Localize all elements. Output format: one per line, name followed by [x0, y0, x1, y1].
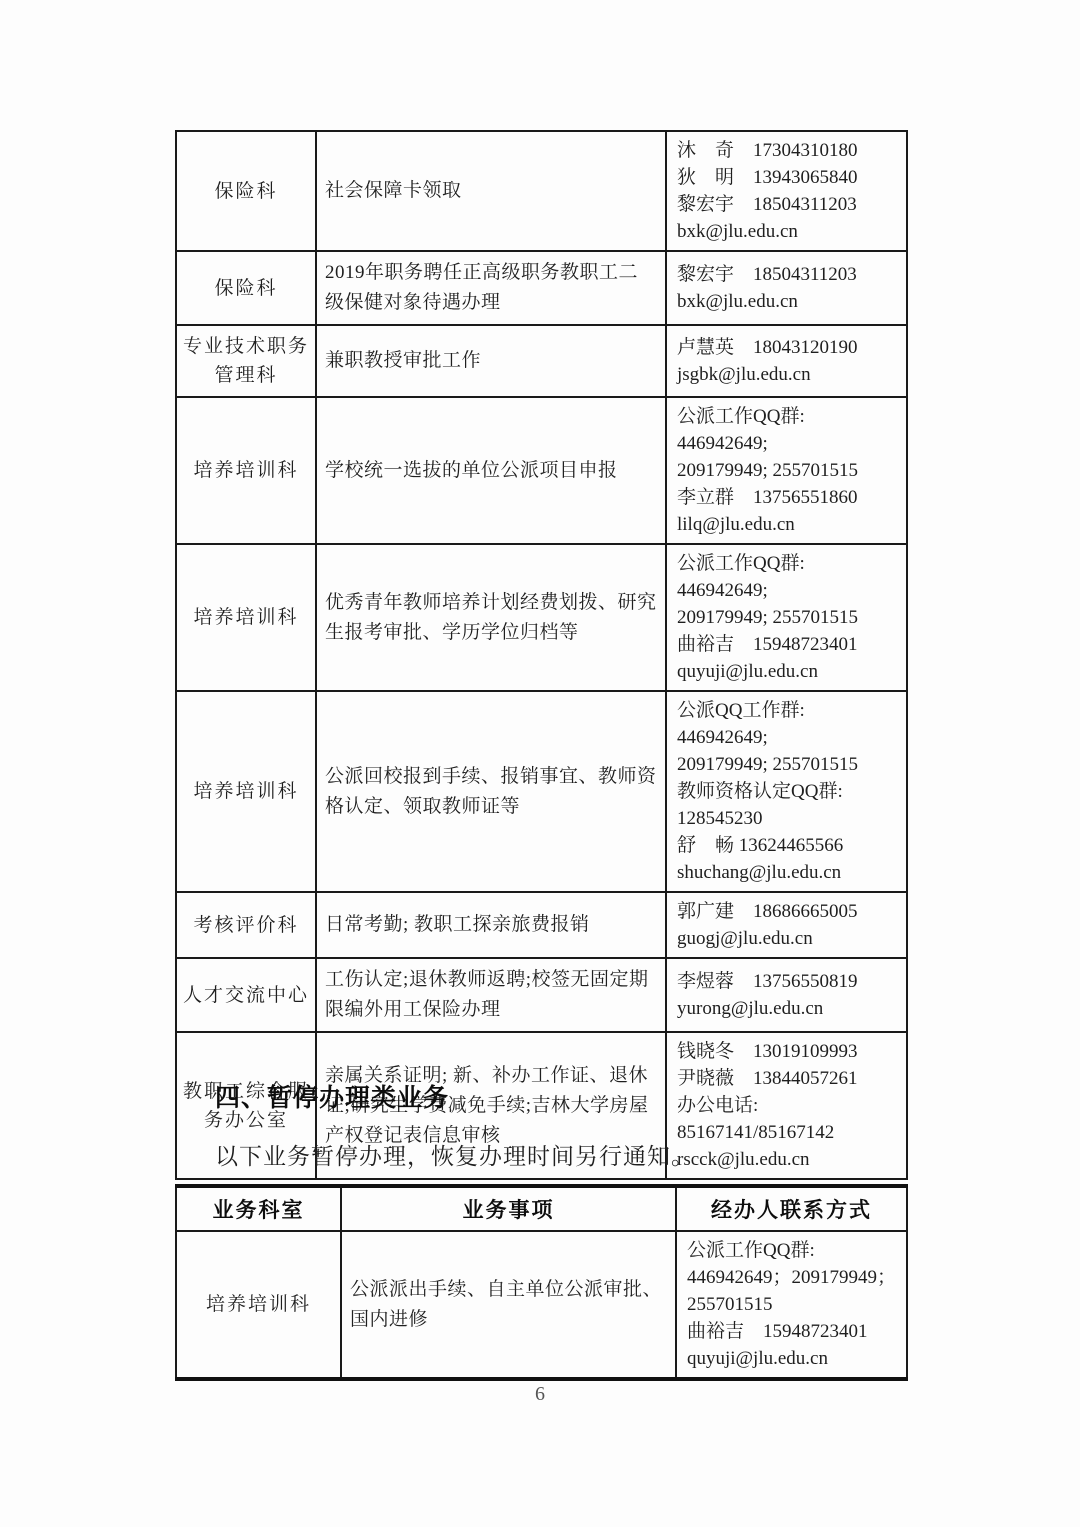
- contact-cell: 公派工作QQ群: 446942649; 209179949; 255701515…: [666, 544, 907, 691]
- business-cell: 优秀青年教师培养计划经费划拨、研究生报考审批、学历学位归档等: [316, 544, 666, 691]
- contact-cell: 沐 奇 17304310180 狄 明 13943065840 黎宏宇 1850…: [666, 131, 907, 251]
- dept-cell: 人才交流中心: [176, 958, 316, 1032]
- business-cell: 2019年职务聘任正高级职务教职工二级保健对象待遇办理: [316, 251, 666, 325]
- business-contacts-table: 保险科 社会保障卡领取 沐 奇 17304310180 狄 明 13943065…: [175, 130, 908, 1180]
- contact-cell: 公派QQ工作群: 446942649; 209179949; 255701515…: [666, 691, 907, 892]
- business-cell: 公派回校报到手续、报销事宜、教师资格认定、领取教师证等: [316, 691, 666, 892]
- table-row: 保险科 2019年职务聘任正高级职务教职工二级保健对象待遇办理 黎宏宇 1850…: [176, 251, 907, 325]
- document-page: 保险科 社会保障卡领取 沐 奇 17304310180 狄 明 13943065…: [0, 0, 1080, 1527]
- dept-cell: 保险科: [176, 251, 316, 325]
- column-header-dept: 业务科室: [176, 1186, 341, 1231]
- dept-cell: 考核评价科: [176, 892, 316, 958]
- business-cell: 公派派出手续、自主单位公派审批、国内进修: [341, 1231, 676, 1379]
- column-header-business: 业务事项: [341, 1186, 676, 1231]
- table-row: 专业技术职务管理科 兼职教授审批工作 卢慧英 18043120190 jsgbk…: [176, 325, 907, 397]
- contact-cell: 卢慧英 18043120190 jsgbk@jlu.edu.cn: [666, 325, 907, 397]
- business-cell: 学校统一选拔的单位公派项目申报: [316, 397, 666, 544]
- contact-cell: 李煜蓉 13756550819 yurong@jlu.edu.cn: [666, 958, 907, 1032]
- business-cell: 兼职教授审批工作: [316, 325, 666, 397]
- table-row: 培养培训科 优秀青年教师培养计划经费划拨、研究生报考审批、学历学位归档等 公派工…: [176, 544, 907, 691]
- dept-cell: 专业技术职务管理科: [176, 325, 316, 397]
- page-number: 6: [0, 1383, 1080, 1406]
- contact-cell: 黎宏宇 18504311203 bxk@jlu.edu.cn: [666, 251, 907, 325]
- table-row: 培养培训科 公派派出手续、自主单位公派审批、国内进修 公派工作QQ群: 4469…: [176, 1231, 907, 1379]
- section-intro: 以下业务暂停办理，恢复办理时间另行通知。: [215, 1138, 695, 1171]
- table-row: 人才交流中心 工伤认定;退休教师返聘;校签无固定期限编外用工保险办理 李煜蓉 1…: [176, 958, 907, 1032]
- dept-cell: 保险科: [176, 131, 316, 251]
- dept-cell: 培养培训科: [176, 1231, 341, 1379]
- table-row: 培养培训科 公派回校报到手续、报销事宜、教师资格认定、领取教师证等 公派QQ工作…: [176, 691, 907, 892]
- table-row: 保险科 社会保障卡领取 沐 奇 17304310180 狄 明 13943065…: [176, 131, 907, 251]
- dept-cell: 培养培训科: [176, 397, 316, 544]
- dept-cell: 培养培训科: [176, 691, 316, 892]
- table-row: 考核评价科 日常考勤; 教职工探亲旅费报销 郭广建 18686665005 gu…: [176, 892, 907, 958]
- suspended-business-table-wrap: 业务科室 业务事项 经办人联系方式 培养培训科 公派派出手续、自主单位公派审批、…: [175, 1184, 908, 1381]
- suspended-business-table: 业务科室 业务事项 经办人联系方式 培养培训科 公派派出手续、自主单位公派审批、…: [175, 1184, 908, 1381]
- business-cell: 日常考勤; 教职工探亲旅费报销: [316, 892, 666, 958]
- table-header-row: 业务科室 业务事项 经办人联系方式: [176, 1186, 907, 1231]
- table-row: 培养培训科 学校统一选拔的单位公派项目申报 公派工作QQ群: 446942649…: [176, 397, 907, 544]
- dept-cell: 培养培训科: [176, 544, 316, 691]
- business-cell: 社会保障卡领取: [316, 131, 666, 251]
- business-cell: 工伤认定;退休教师返聘;校签无固定期限编外用工保险办理: [316, 958, 666, 1032]
- contact-cell: 郭广建 18686665005 guogj@jlu.edu.cn: [666, 892, 907, 958]
- contact-cell: 公派工作QQ群: 446942649；209179949； 255701515 …: [676, 1231, 907, 1379]
- contact-cell: 公派工作QQ群: 446942649; 209179949; 255701515…: [666, 397, 907, 544]
- business-contacts-table-wrap: 保险科 社会保障卡领取 沐 奇 17304310180 狄 明 13943065…: [175, 130, 908, 1180]
- column-header-contact: 经办人联系方式: [676, 1186, 907, 1231]
- section-heading: 四、暂停办理类业务: [215, 1078, 449, 1114]
- contact-cell: 钱晓冬 13019109993 尹晓薇 13844057261 办公电话: 85…: [666, 1032, 907, 1179]
